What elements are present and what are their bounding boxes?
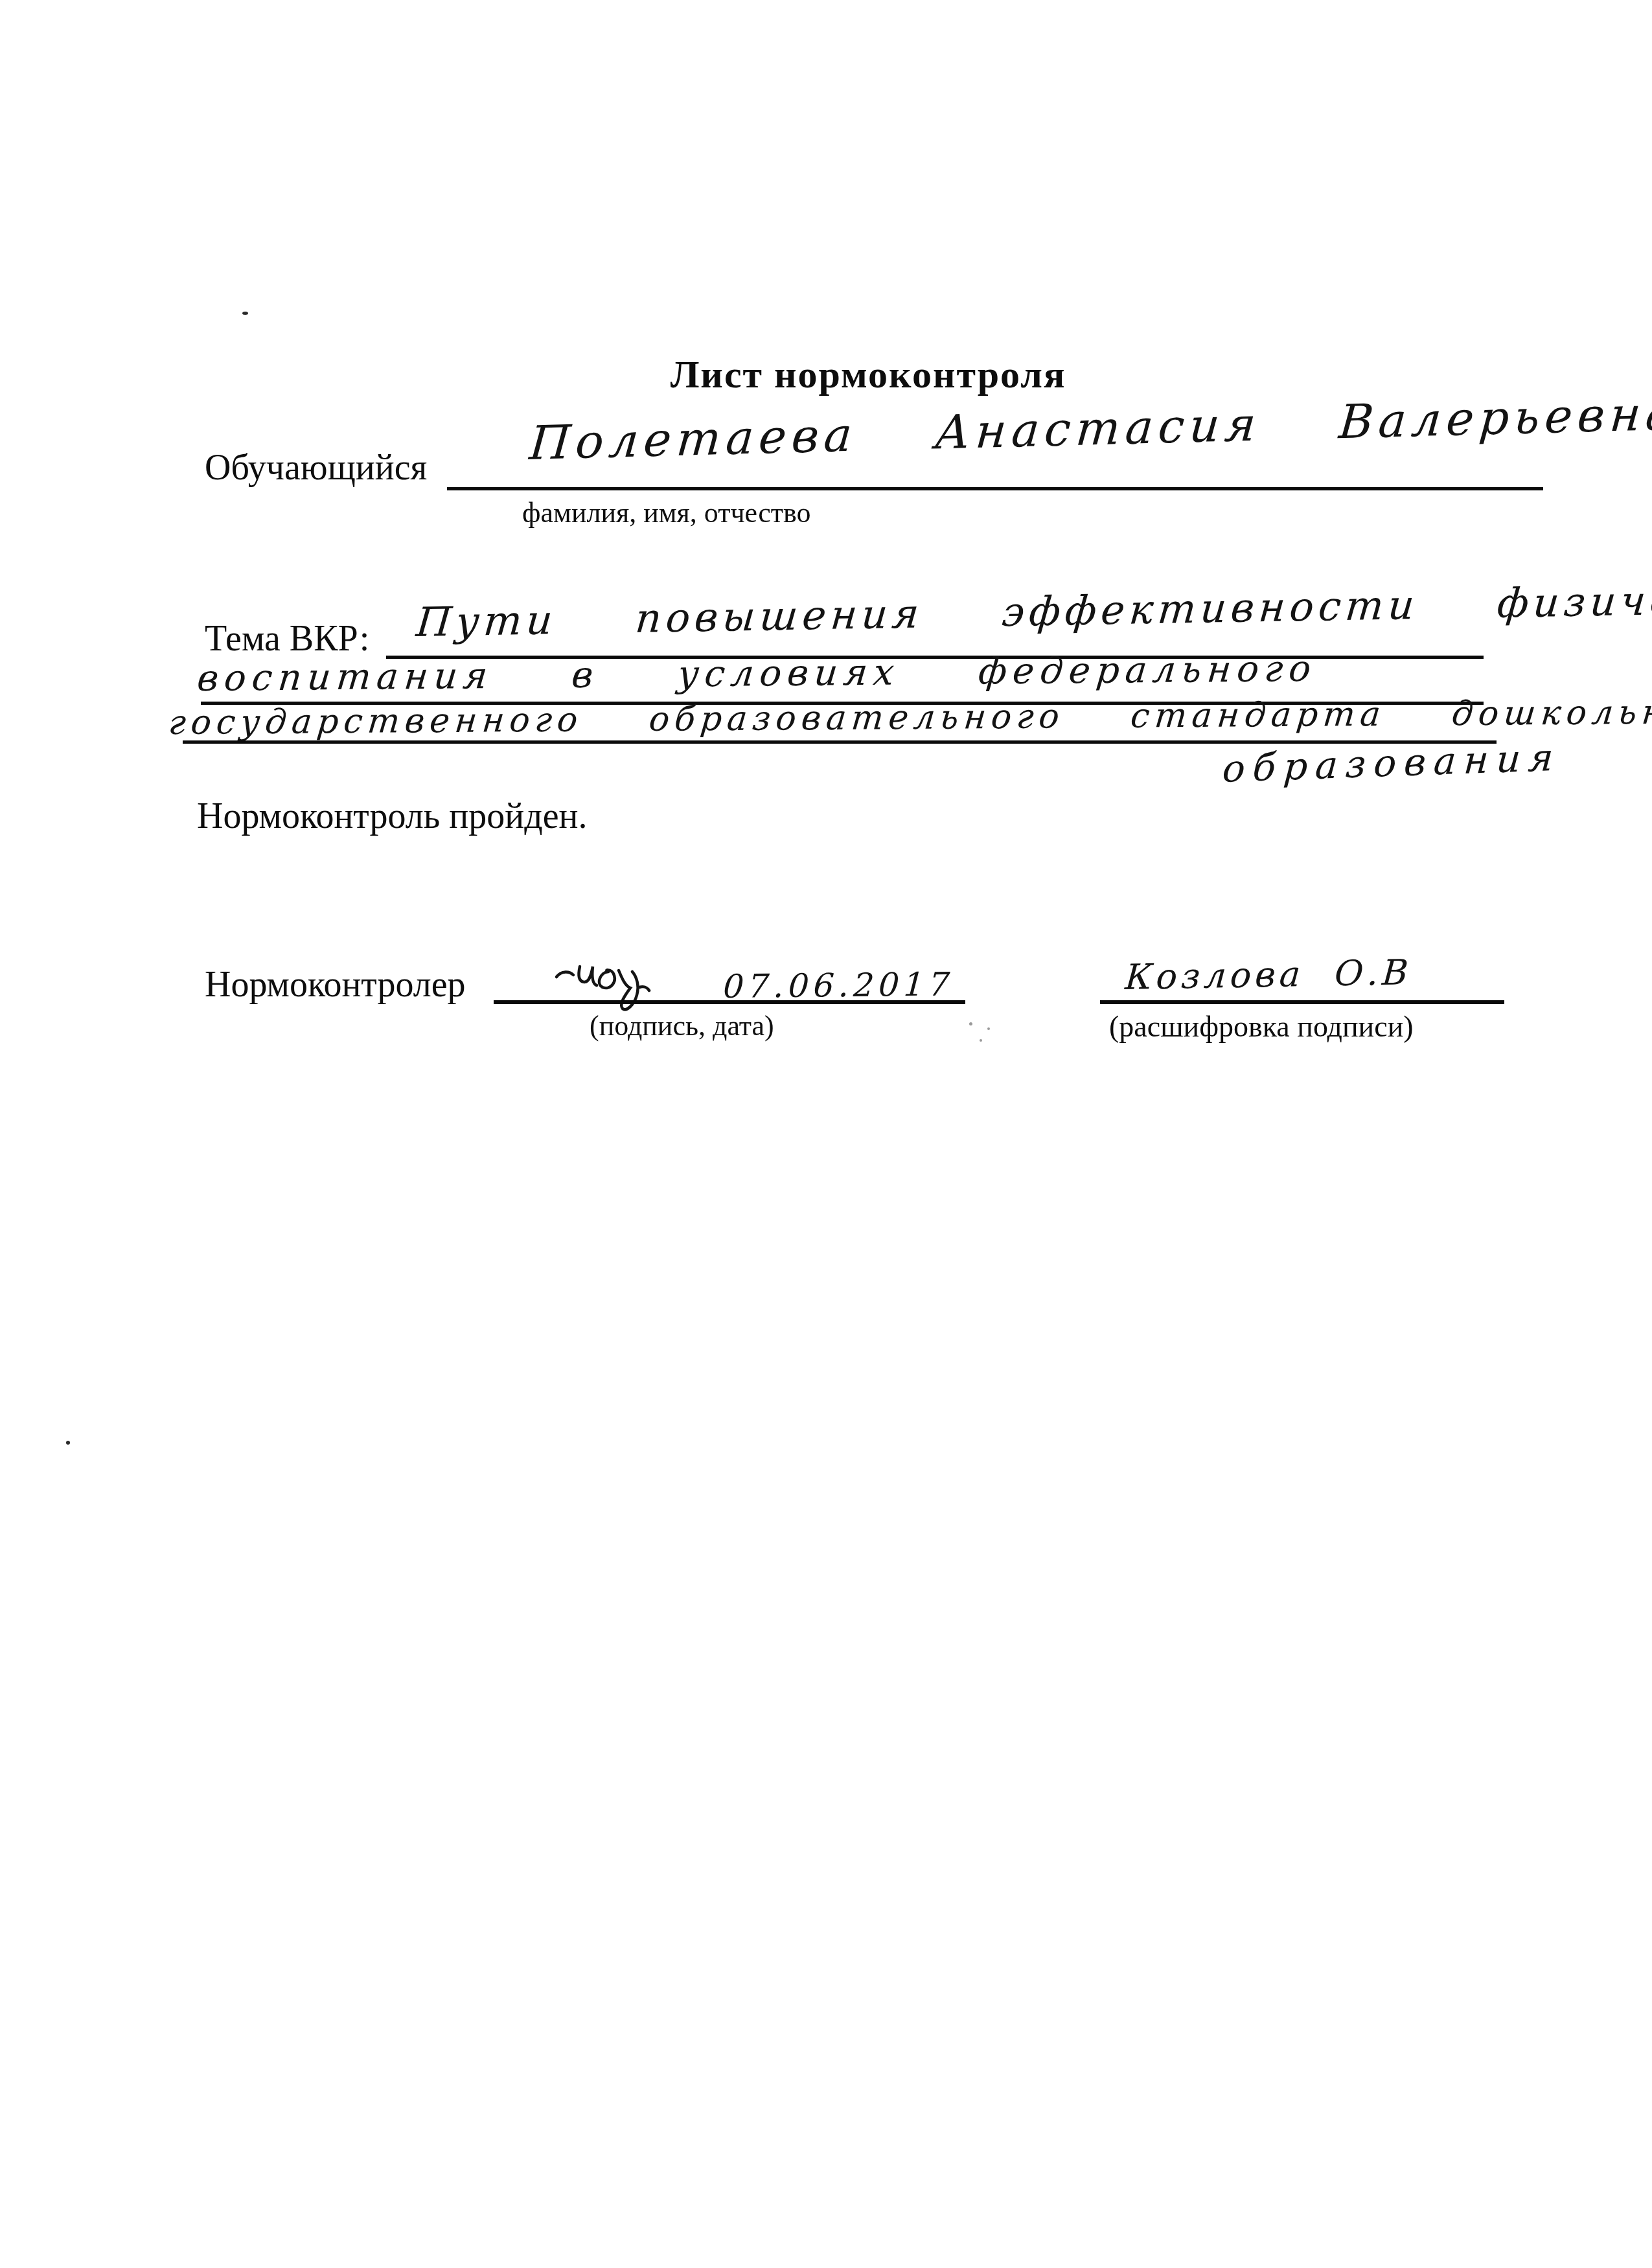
status-text: Нормоконтроль пройден. [197, 798, 588, 834]
topic-fill-line-3 [183, 740, 1497, 744]
topic-handwriting-line2: воспитания в условиях федерального [196, 651, 1318, 697]
student-caption: фамилия, имя, отчество [522, 499, 810, 527]
controller-signature-line [494, 1000, 965, 1004]
signature-caption: (подпись, дата) [590, 1012, 774, 1040]
topic-handwriting-line1: Пути повышения эффективности физического [415, 578, 1652, 643]
page-title: Лист нормоконтроля [641, 355, 1095, 394]
topic-label: Тема ВКР: [205, 621, 369, 657]
scan-speck-top [242, 312, 248, 315]
scan-smudge-2 [980, 1039, 982, 1042]
topic-handwriting-line4: образования [1221, 739, 1563, 788]
controller-date-handwriting: 07.06.2017 [722, 968, 955, 1003]
scan-speck-bottom-left [66, 1441, 70, 1445]
name-caption: (расшифровка подписи) [1109, 1012, 1414, 1042]
controller-signature-scribble [554, 954, 690, 1015]
controller-name-line [1100, 1000, 1504, 1004]
scan-smudge-1 [969, 1022, 972, 1025]
student-fill-line [447, 487, 1543, 490]
topic-handwriting-line3: государственного образовательного станда… [167, 695, 1652, 740]
student-label: Обучающийся [205, 450, 427, 486]
scan-smudge-3 [987, 1027, 990, 1030]
scanned-normcontrol-sheet: Лист нормоконтроля Обучающийся Полетаева… [0, 0, 1652, 2268]
controller-label: Нормоконтролер [205, 967, 466, 1003]
student-name-handwriting: Полетаева Анастасия Валерьевна [528, 389, 1652, 466]
controller-name-handwriting: Козлова О.В [1124, 955, 1413, 995]
